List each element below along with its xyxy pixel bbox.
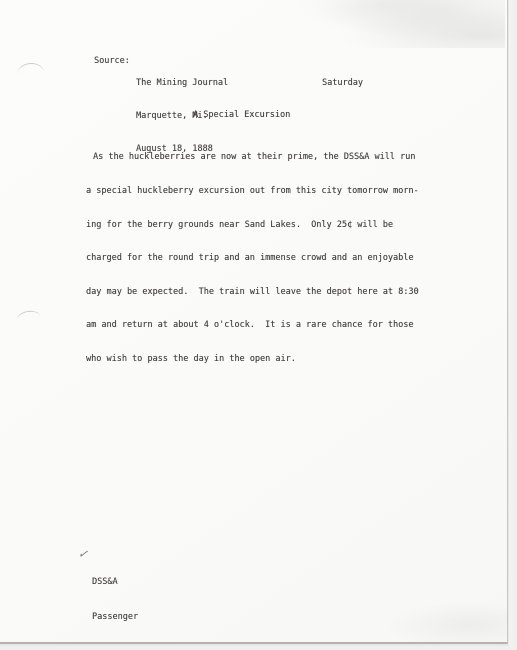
body-line: ing for the berry grounds near Sand Lake… <box>86 220 419 231</box>
scan-arc-artifact <box>17 62 45 75</box>
source-weekday: Saturday <box>322 78 363 89</box>
scanner-bed-bottom-margin <box>0 646 517 650</box>
source-publication: The Mining Journal <box>136 78 228 89</box>
article-title: A Special Excursion <box>193 110 290 121</box>
scanner-bed-right-margin <box>509 0 517 650</box>
handwritten-check-icon: ✓ <box>77 547 92 562</box>
source-label: Source: <box>94 56 130 67</box>
body-line: day may be expected. The train will leav… <box>86 287 419 298</box>
index-category: Passenger <box>92 612 138 624</box>
scanned-document: Source: The Mining Journal Marquette, Mi… <box>0 0 517 650</box>
body-line: charged for the round trip and an immens… <box>86 253 419 264</box>
scan-smudge-artifact <box>300 0 505 48</box>
index-notation: DSS&A Passenger <box>92 554 138 646</box>
body-line: who wish to pass the day in the open air… <box>86 354 419 365</box>
scan-smudge-artifact <box>380 600 508 642</box>
scan-arc-artifact <box>15 309 40 321</box>
body-line: am and return at about 4 o'clock. It is … <box>86 320 419 331</box>
paper-sheet: Source: The Mining Journal Marquette, Mi… <box>0 0 508 644</box>
article-body: As the huckleberries are now at their pr… <box>86 130 419 388</box>
index-railroad: DSS&A <box>92 577 138 589</box>
body-line: As the huckleberries are now at their pr… <box>86 152 419 163</box>
body-line: a special huckleberry excursion out from… <box>86 186 419 197</box>
